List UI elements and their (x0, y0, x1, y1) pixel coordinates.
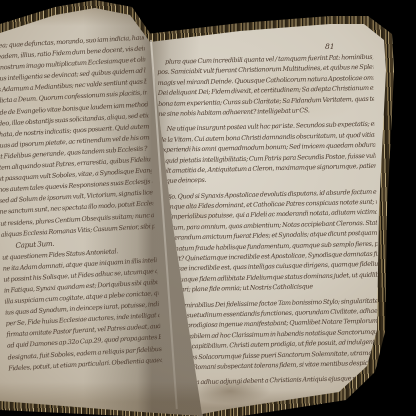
left-page-lines-bottom: ut quaestionem Fides Status Antonietal.n… (2, 244, 163, 374)
left-page-lines-top: ab ea; quae defunctas, morando, suo iam … (0, 32, 155, 240)
right-page-paragraph: plura quae Cum incredibili quanta vel / … (157, 52, 374, 120)
left-page-text: ab ea; quae defunctas, morando, suo iam … (0, 32, 162, 374)
right-page-paragraph: §o. Quod si Synaxis Apostolicae devoluti… (160, 186, 378, 295)
right-page-paragraph: Nec mirabilius Dei fidelissime factae Ta… (163, 295, 381, 373)
open-manuscript-book-photo: ab ea; quae defunctas, morando, suo iam … (0, 0, 416, 416)
right-page-paragraph: Ne utique insurgunt postea vult hac par … (159, 119, 376, 187)
page-number: 81 (325, 42, 335, 51)
right-page-text: plura quae Cum incredibili quanta vel / … (157, 52, 381, 389)
